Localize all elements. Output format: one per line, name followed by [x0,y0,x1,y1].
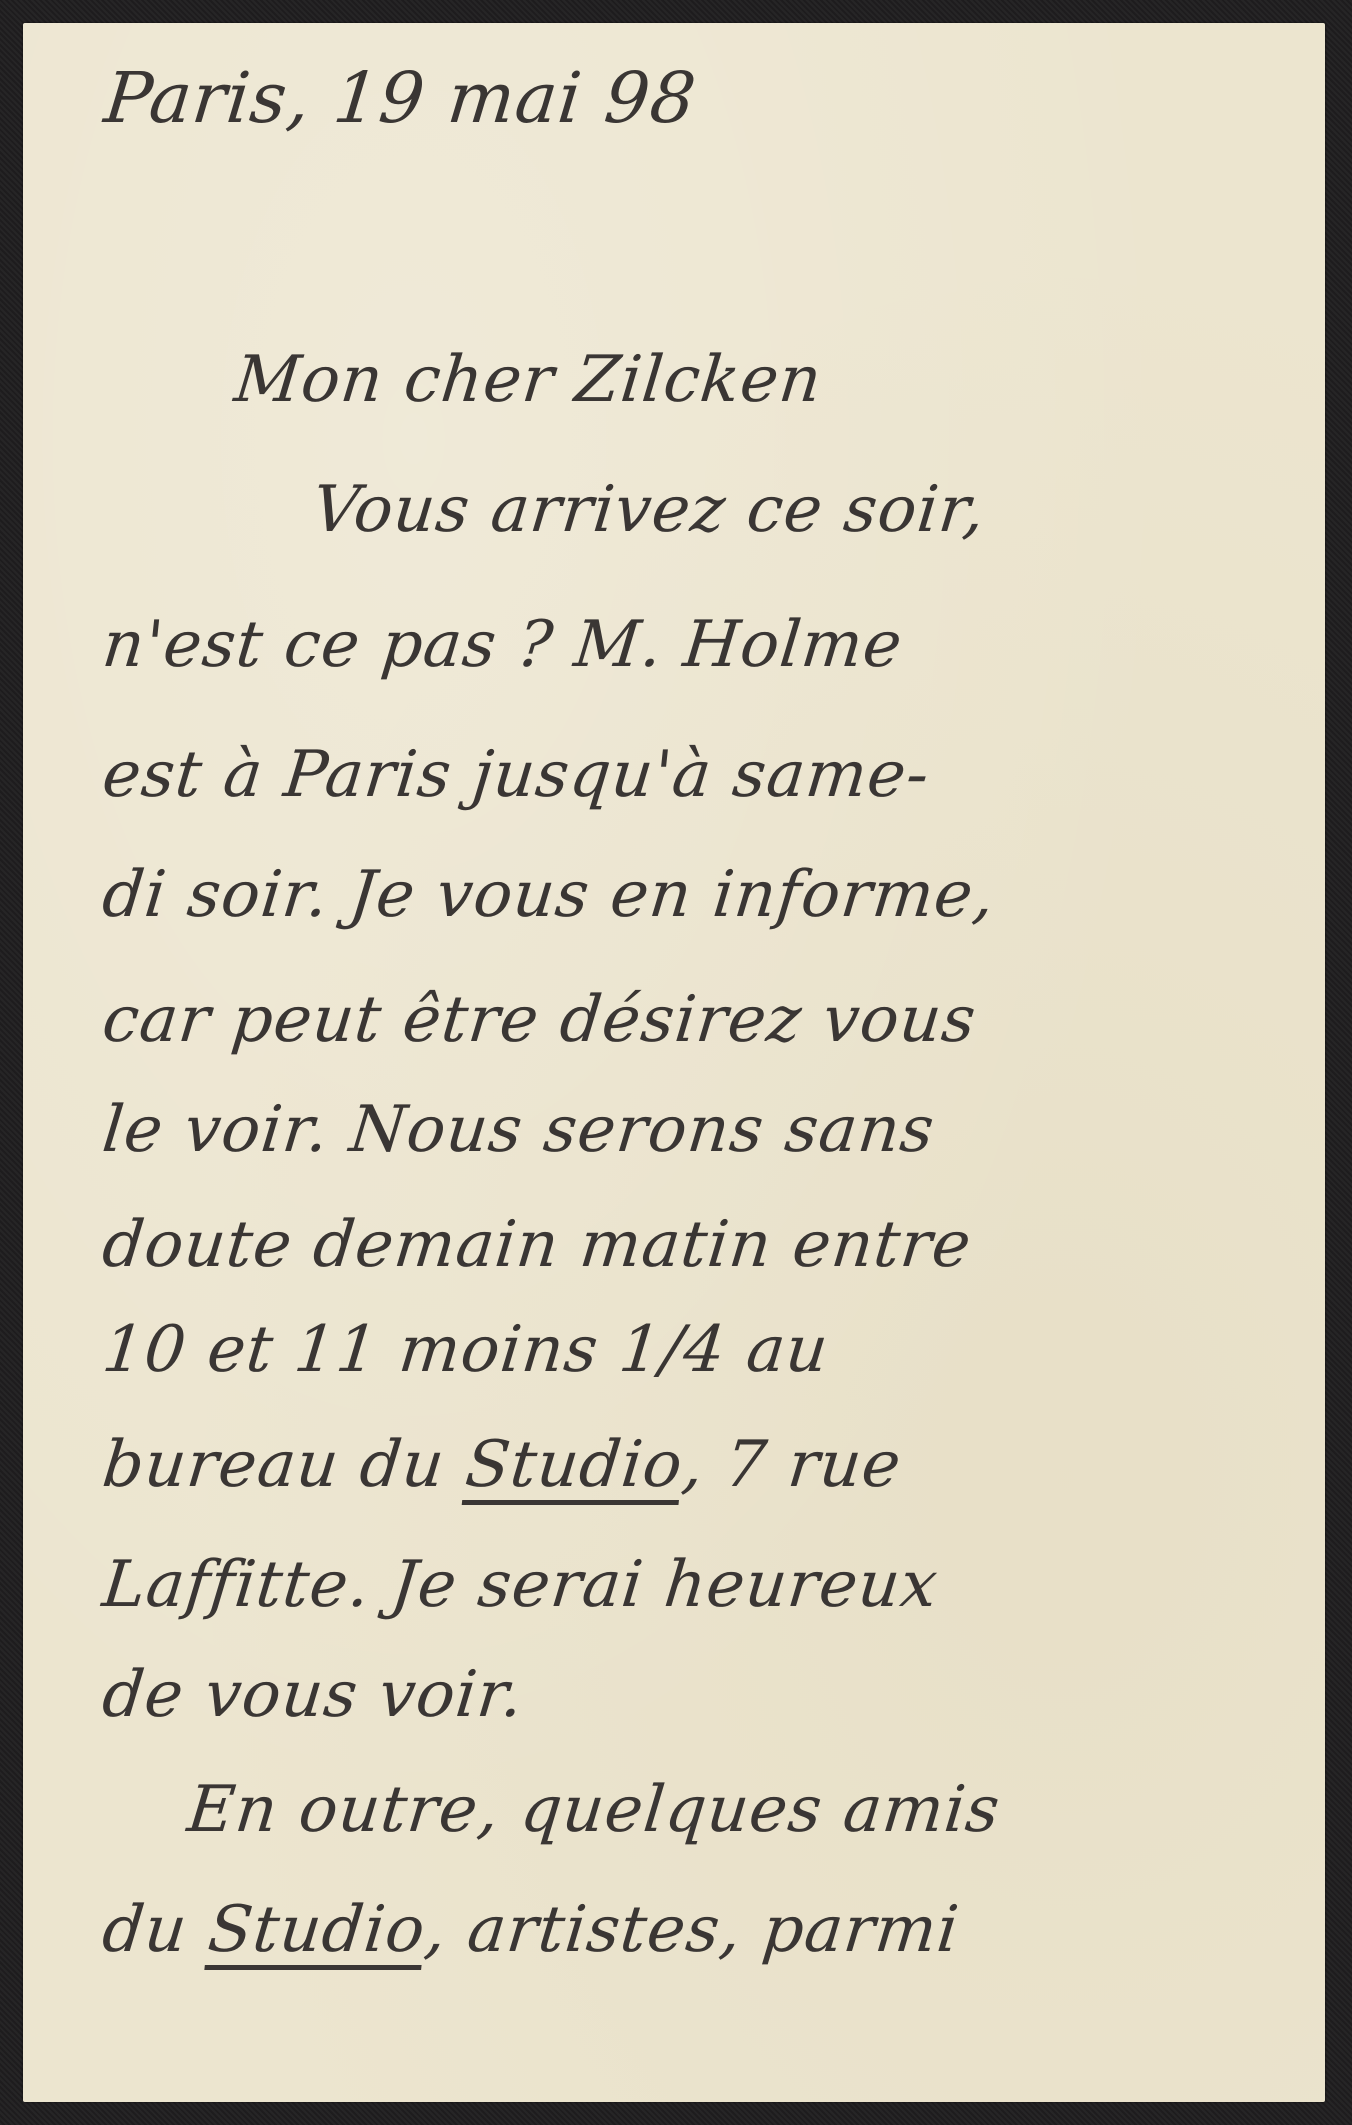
letter-line-1: Vous arrivez ce soir, [310,478,989,542]
text-rue: , 7 rue [679,1428,905,1502]
letter-line-9: bureau du Studio, 7 rue [100,1433,905,1497]
underlined-studio: Studio [462,1428,687,1502]
letter-line-3: est à Paris jusqu'à same- [100,743,933,807]
letter-line-8: 10 et 11 moins 1/4 au [100,1318,832,1382]
letter-line-11: de vous voir. [100,1663,527,1727]
text-du: du [99,1893,191,1967]
letter-line-10: Laffitte. Je serai heureux [100,1553,941,1617]
letter-line-6: le voir. Nous serons sans [100,1098,938,1162]
letter-line-12: En outre, quelques amis [185,1778,1004,1842]
dateline: Paris, 19 mai 98 [101,63,699,133]
text-artistes-parmi: , artistes, parmi [421,1893,962,1967]
letter-line-7: doute demain matin entre [100,1213,975,1277]
underlined-studio: Studio [205,1893,430,1967]
letter-line-2: n'est ce pas ? M. Holme [100,613,906,677]
letter-line-4: di soir. Je vous en informe, [100,863,998,927]
text-bureau-du: bureau du [99,1428,448,1502]
letter-line-13: du Studio, artistes, parmi [100,1898,962,1962]
salutation: Mon cher Zilcken [232,348,825,412]
letter-card: Paris, 19 mai 98 Mon cher Zilcken Vous a… [23,23,1325,2102]
letter-line-5: car peut être désirez vous [100,988,980,1052]
